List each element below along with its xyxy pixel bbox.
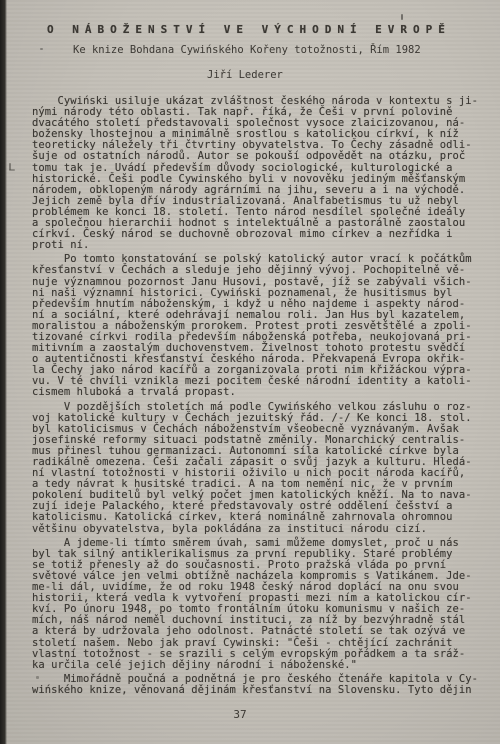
paragraph: V pozdějších stoletích má podle Cywińské…	[32, 402, 472, 535]
paragraph: Cywiński usiluje ukázat zvláštnost české…	[32, 96, 472, 251]
scan-speck	[40, 48, 43, 50]
scan-speck	[401, 14, 403, 20]
scan-speck	[36, 676, 39, 679]
page-title: O NÁBOŽENSTVÍ VE VÝCHODNÍ EVROPĚ	[47, 23, 472, 36]
paragraph: A jdeme-li tímto směrem úvah, sami můžem…	[32, 538, 472, 671]
scan-speck	[9, 169, 15, 171]
page-number: 37	[0, 708, 490, 721]
paragraph: Mimořádně poučná a podnětná je pro české…	[32, 674, 472, 696]
scanned-page: O NÁBOŽENSTVÍ VE VÝCHODNÍ EVROPĚ Ke kniz…	[0, 0, 500, 744]
page-subtitle: Ke knize Bohdana Cywińského Kořeny totož…	[73, 44, 472, 56]
author-name: Jiří Lederer	[207, 69, 472, 81]
scan-edge-shadow	[0, 0, 7, 744]
paragraph: Po tomto konstatování se polský katolick…	[32, 254, 472, 398]
body-text: Cywiński usiluje ukázat zvláštnost české…	[32, 96, 472, 696]
